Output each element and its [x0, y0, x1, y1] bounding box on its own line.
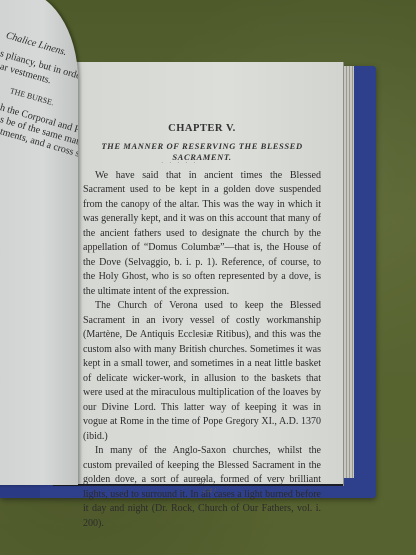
paragraph: In many of the Anglo-Saxon churches, whi…	[83, 444, 321, 531]
paragraph: We have said that in ancient times the B…	[83, 169, 321, 300]
page-body: CHAPTER V. THE MANNER OF RESERVING THE B…	[83, 62, 321, 531]
chapter-subtitle: THE MANNER OF RESERVING THE BLESSED SACR…	[83, 141, 321, 163]
right-page: · · · · · CHAPTER V. THE MANNER OF RESER…	[53, 62, 343, 486]
paragraph: The Church of Verona used to keep the Bl…	[83, 299, 321, 444]
chapter-heading: CHAPTER V.	[83, 122, 321, 137]
pencil-mark: c-4 !	[203, 487, 216, 495]
left-page: Chalice Linens. s pliancy, but in order …	[0, 0, 78, 485]
page-number: 97	[199, 478, 206, 486]
